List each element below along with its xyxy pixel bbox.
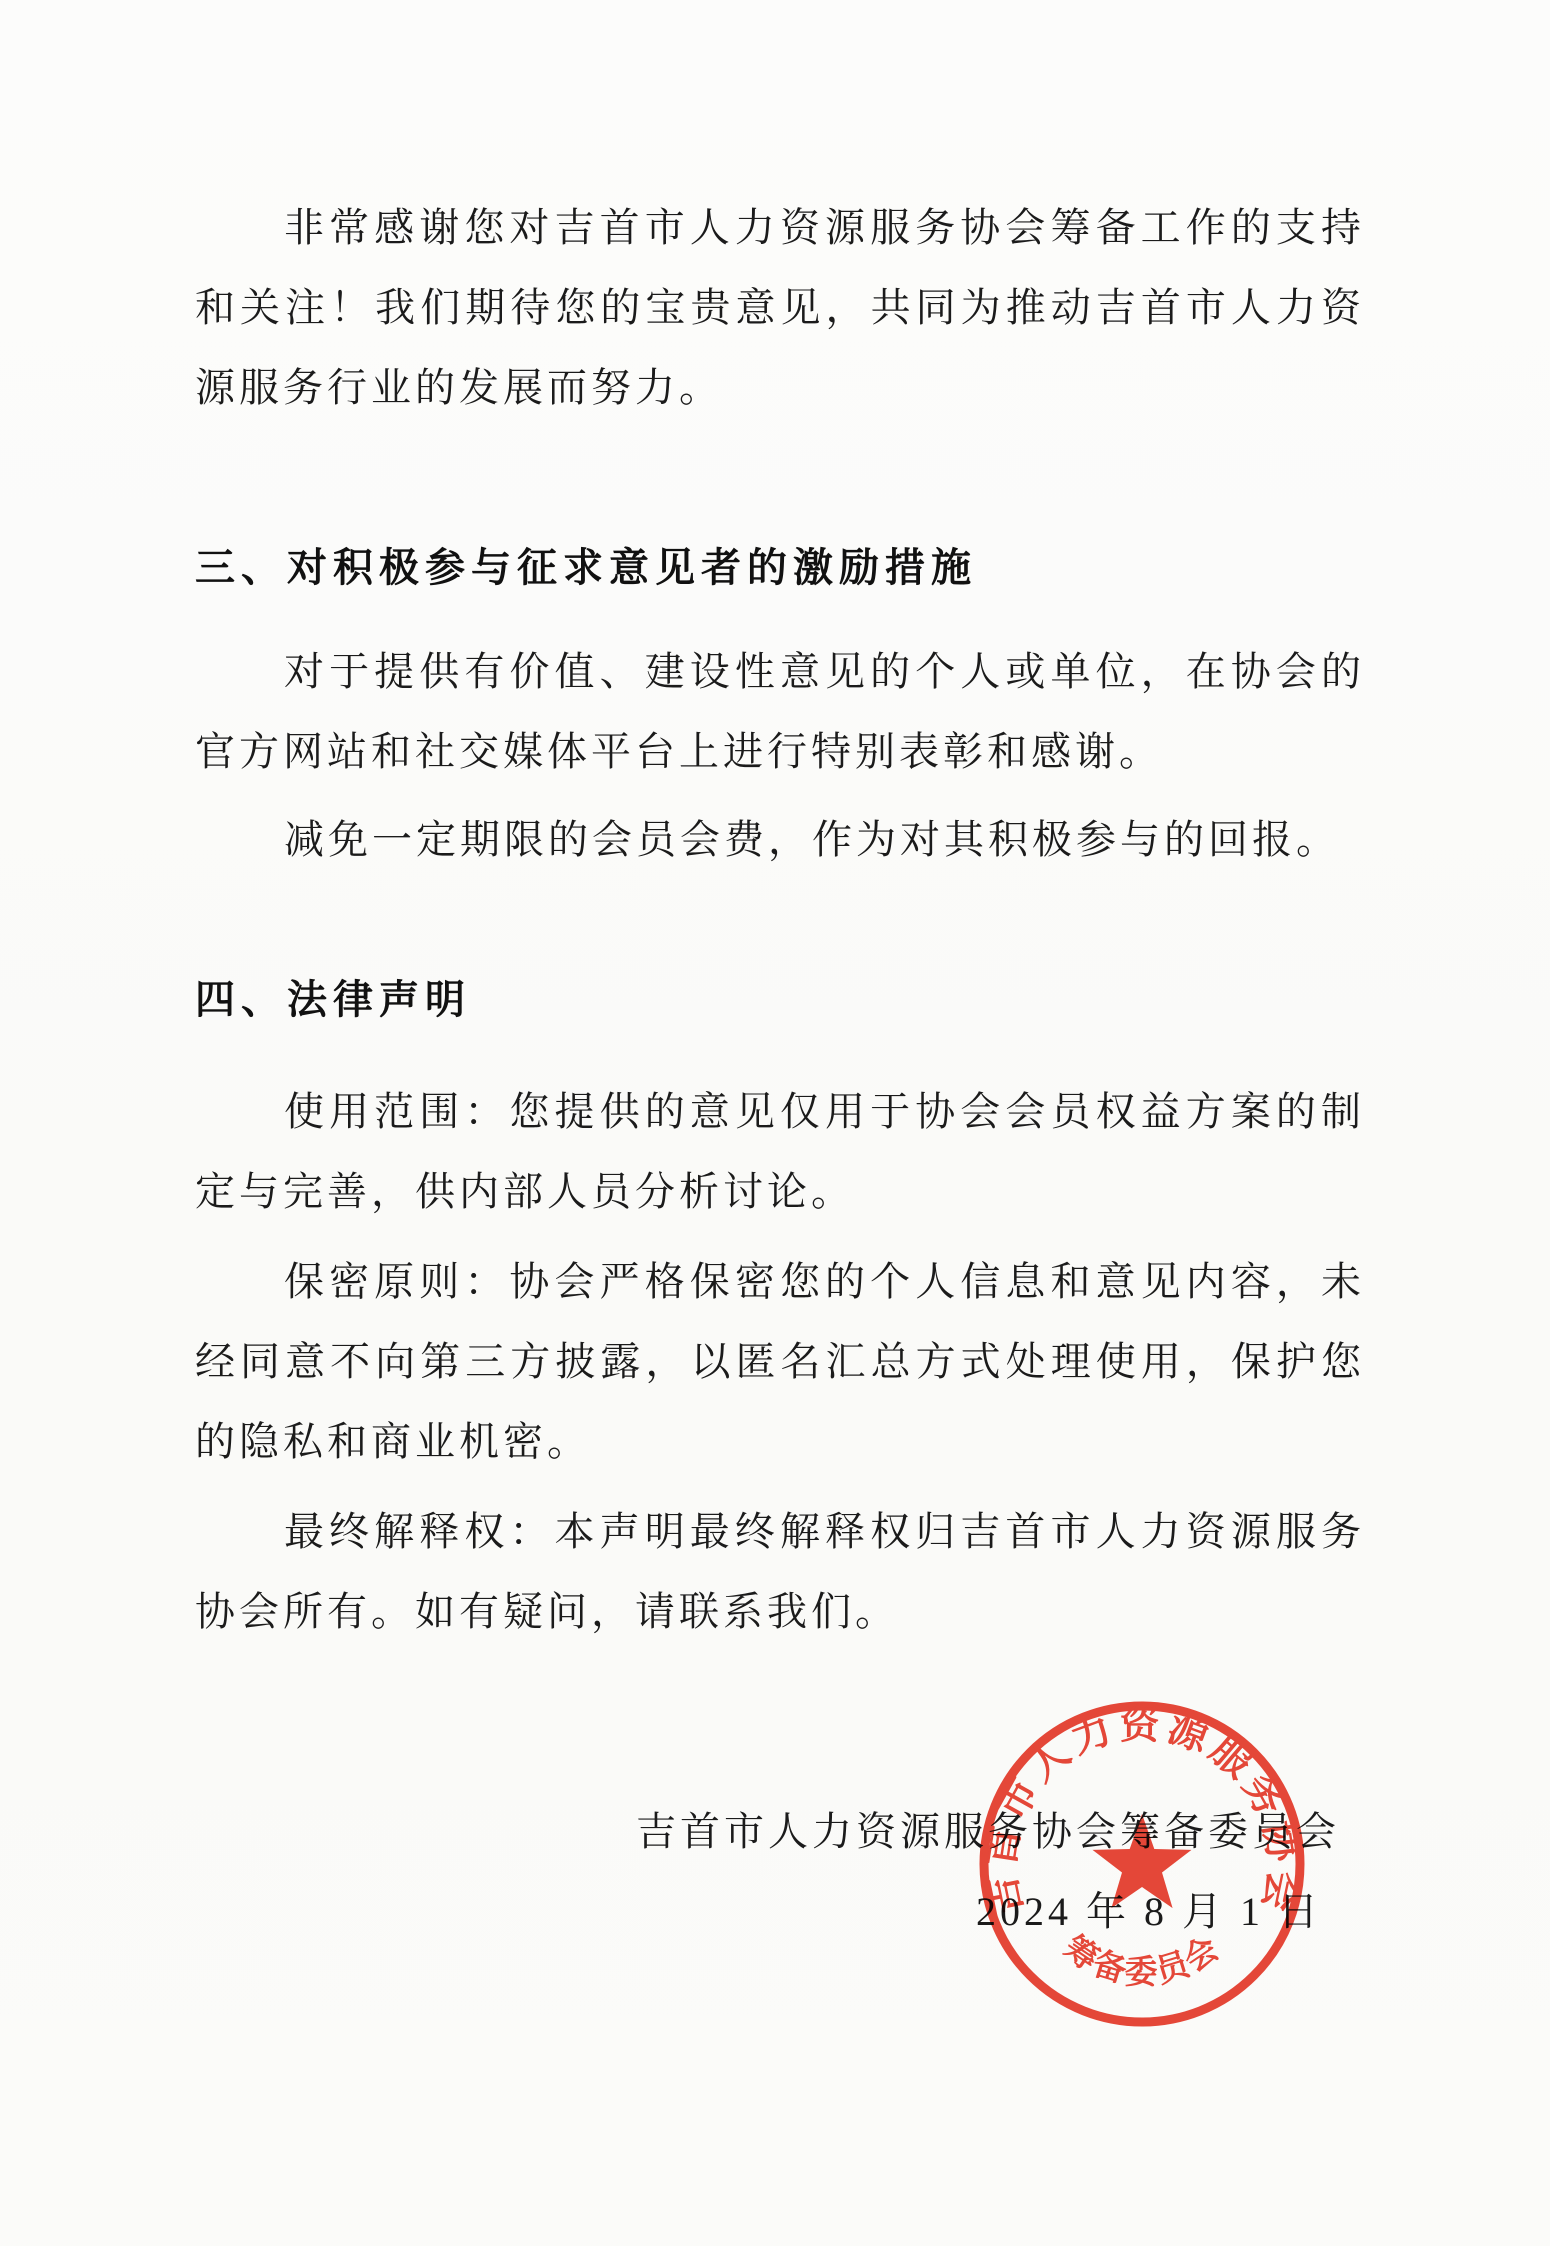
seal-star-icon [1093,1814,1192,1908]
intro-paragraph: 非常感谢您对吉首市人力资源服务协会筹备工作的支持和关注！我们期待您的宝贵意见，共… [195,188,1365,428]
official-seal-stamp: 吉首市人力资源服务协会 筹备委员会 [970,1692,1314,2036]
seal-bottom-text: 筹备委员会 [1058,1928,1227,1990]
section-3-heading: 三、对积极参与征求意见者的激励措施 [195,528,1365,608]
section-3-paragraph-1: 对于提供有价值、建设性意见的个人或单位，在协会的官方网站和社交媒体平台上进行特别… [195,632,1365,792]
document-page: 非常感谢您对吉首市人力资源服务协会筹备工作的支持和关注！我们期待您的宝贵意见，共… [0,0,1550,2246]
document-body: 非常感谢您对吉首市人力资源服务协会筹备工作的支持和关注！我们期待您的宝贵意见，共… [0,0,1550,1952]
section-4-paragraph-3: 最终解释权：本声明最终解释权归吉首市人力资源服务协会所有。如有疑问，请联系我们。 [195,1492,1365,1652]
seal-ring-text: 吉首市人力资源服务协会 [978,1703,1305,1920]
section-3-paragraph-2: 减免一定期限的会员会费，作为对其积极参与的回报。 [195,800,1365,880]
section-4-paragraph-2: 保密原则：协会严格保密您的个人信息和意见内容，未经同意不向第三方披露，以匿名汇总… [195,1242,1365,1482]
section-4-heading: 四、法律声明 [195,960,1365,1040]
section-4-paragraph-1: 使用范围：您提供的意见仅用于协会会员权益方案的制定与完善，供内部人员分析讨论。 [195,1072,1365,1232]
